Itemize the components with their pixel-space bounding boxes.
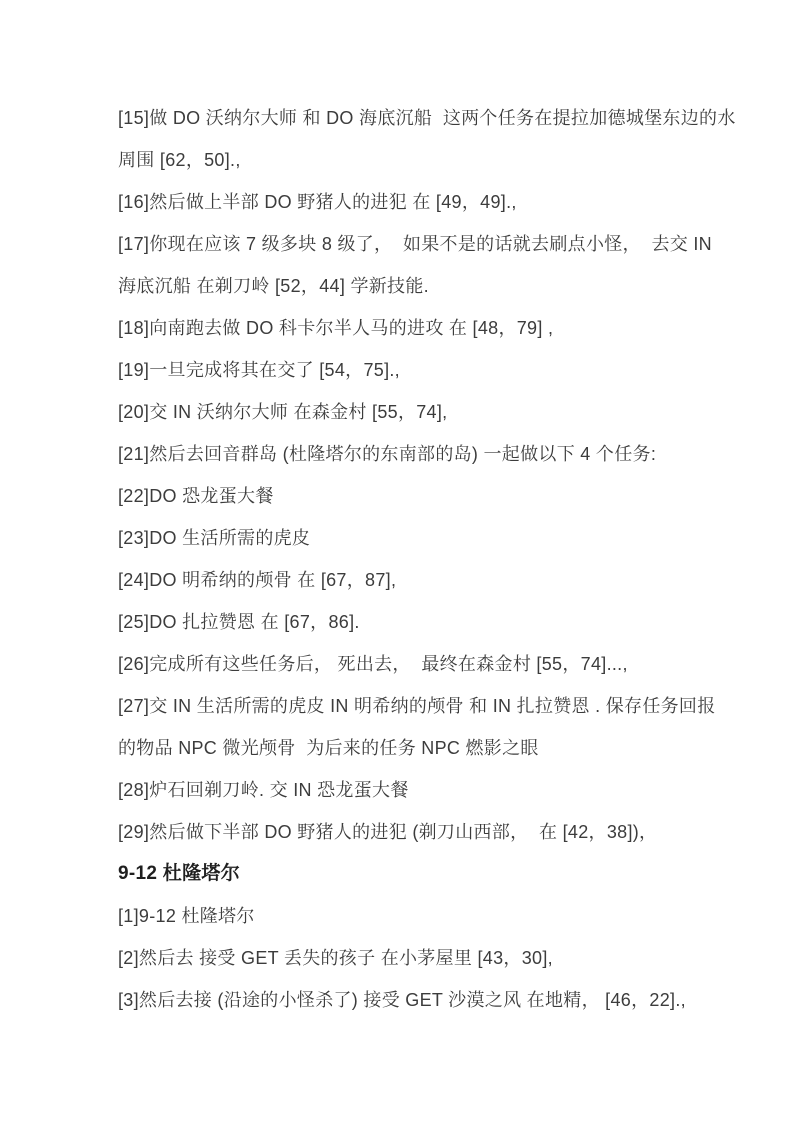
doc-line: [15]做 DO 沃纳尔大师 和 DO 海底沉船 这两个任务在提拉加德城堡东边的…: [118, 97, 718, 139]
doc-line: [16]然后做上半部 DO 野猪人的进犯 在 [49，49].,: [118, 181, 718, 223]
document-page: [15]做 DO 沃纳尔大师 和 DO 海底沉船 这两个任务在提拉加德城堡东边的…: [0, 0, 800, 1132]
section-heading: 9-12 杜隆塔尔: [118, 853, 718, 895]
doc-line: [20]交 IN 沃纳尔大师 在森金村 [55，74],: [118, 391, 718, 433]
doc-line: [18]向南跑去做 DO 科卡尔半人马的进攻 在 [48，79] ,: [118, 307, 718, 349]
document-content: [15]做 DO 沃纳尔大师 和 DO 海底沉船 这两个任务在提拉加德城堡东边的…: [118, 97, 718, 1021]
doc-line: [29]然后做下半部 DO 野猪人的进犯 (剃刀山西部， 在 [42，38])，: [118, 811, 718, 853]
doc-line: [27]交 IN 生活所需的虎皮 IN 明希纳的颅骨 和 IN 扎拉赞恩 . 保…: [118, 685, 718, 727]
doc-line: [3]然后去接 (沿途的小怪杀了) 接受 GET 沙漠之风 在地精， [46，2…: [118, 979, 718, 1021]
doc-line: [26]完成所有这些任务后， 死出去， 最终在森金村 [55，74]...,: [118, 643, 718, 685]
doc-line: [22]DO 恐龙蛋大餐: [118, 475, 718, 517]
doc-line: [25]DO 扎拉赞恩 在 [67，86].: [118, 601, 718, 643]
doc-line: [2]然后去 接受 GET 丢失的孩子 在小茅屋里 [43，30],: [118, 937, 718, 979]
doc-line: [19]一旦完成将其在交了 [54，75].,: [118, 349, 718, 391]
doc-line: [28]炉石回剃刀岭. 交 IN 恐龙蛋大餐: [118, 769, 718, 811]
doc-line: 海底沉船 在剃刀岭 [52，44] 学新技能.: [118, 265, 718, 307]
doc-line: [21]然后去回音群岛 (杜隆塔尔的东南部的岛) 一起做以下 4 个任务:: [118, 433, 718, 475]
doc-line: 周围 [62，50].,: [118, 139, 718, 181]
doc-line: [1]9-12 杜隆塔尔: [118, 895, 718, 937]
doc-line: 的物品 NPC 微光颅骨 为后来的任务 NPC 燃影之眼: [118, 727, 718, 769]
doc-line: [24]DO 明希纳的颅骨 在 [67，87],: [118, 559, 718, 601]
doc-line: [17]你现在应该 7 级多块 8 级了， 如果不是的话就去刷点小怪， 去交 I…: [118, 223, 718, 265]
doc-line: [23]DO 生活所需的虎皮: [118, 517, 718, 559]
